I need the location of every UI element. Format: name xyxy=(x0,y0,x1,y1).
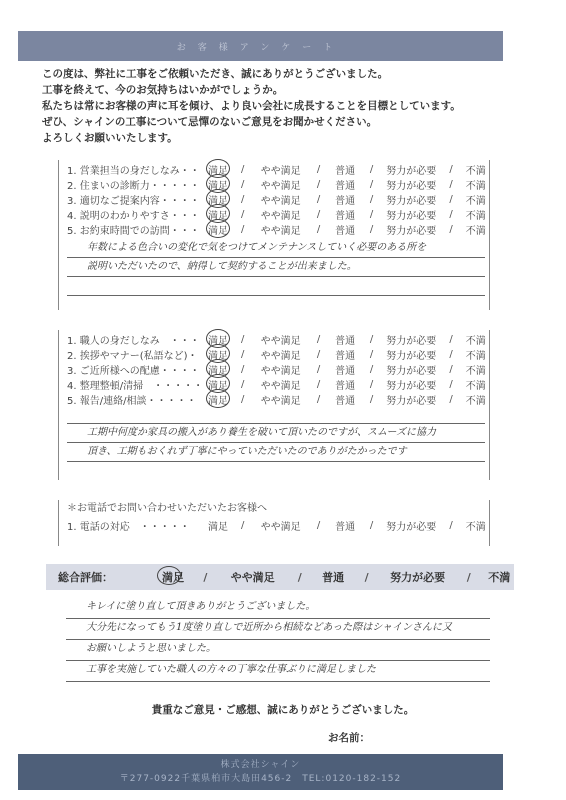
intro-text: この度は、弊社に工事をご依頼いただき、誠にありがとうございました。 工事を終えて… xyxy=(42,66,461,146)
question-label: 5. お約束時間での訪問・・・ xyxy=(67,222,205,237)
option-needs-effort[interactable]: 努力が必要 xyxy=(383,518,440,533)
intro-line: よろしくお願いいたします。 xyxy=(42,130,461,146)
option-dissatisfied[interactable]: 不満 xyxy=(463,377,489,392)
comment-line[interactable]: 大分先になってもう1度塗り直しで近所から相続などあった際はシャインさんに又 xyxy=(66,619,490,640)
option-needs-effort[interactable]: 努力が必要 xyxy=(383,207,440,222)
option-average[interactable]: 普通 xyxy=(330,392,360,407)
question-label: 4. 説明のわかりやすさ・・・ xyxy=(67,207,205,222)
survey-header-bar: お客様アンケート xyxy=(18,31,503,61)
question-label: 4. 整理整頓/清掃 ・・・・・ xyxy=(67,377,205,392)
option-dissatisfied[interactable]: 不満 xyxy=(463,392,489,407)
option-somewhat-satisfied[interactable]: やや満足 xyxy=(221,569,284,585)
option-somewhat-satisfied[interactable]: やや満足 xyxy=(254,332,307,347)
option-somewhat-satisfied[interactable]: やや満足 xyxy=(254,162,307,177)
section-sales: 1. 営業担当の身だしなみ・・ 満足/ やや満足/ 普通/ 努力が必要/ 不満 … xyxy=(58,160,490,310)
option-needs-effort[interactable]: 努力が必要 xyxy=(383,192,440,207)
option-average[interactable]: 普通 xyxy=(330,162,360,177)
intro-line: この度は、弊社に工事をご依頼いただき、誠にありがとうございました。 xyxy=(42,66,461,82)
question-row[interactable]: 1. 職人の身だしなみ ・・・ 満足/ やや満足/ 普通/ 努力が必要/ 不満 xyxy=(67,332,489,347)
option-average[interactable]: 普通 xyxy=(330,347,360,362)
option-dissatisfied[interactable]: 不満 xyxy=(463,518,489,533)
option-needs-effort[interactable]: 努力が必要 xyxy=(383,392,440,407)
question-label: 2. 挨拶やマナー(私語など)・ xyxy=(67,347,205,362)
option-dissatisfied[interactable]: 不満 xyxy=(463,347,489,362)
closing-message: 貴重なご意見・ご感想、誠にありがとうございました。 xyxy=(0,702,566,717)
question-row[interactable]: 1. 営業担当の身だしなみ・・ 満足/ やや満足/ 普通/ 努力が必要/ 不満 xyxy=(67,162,489,177)
intro-line: ぜひ、シャインの工事について忌憚のないご意見をお聞かせください。 xyxy=(42,114,461,130)
intro-line: 工事を終えて、今のお気持ちはいかがでしょうか。 xyxy=(42,82,461,98)
company-name: 株式会社シャイン xyxy=(18,758,503,772)
option-somewhat-satisfied[interactable]: やや満足 xyxy=(254,207,307,222)
option-average[interactable]: 普通 xyxy=(330,518,360,533)
comment-line[interactable]: 年数による色合いの変化で気をつけてメンテナンスしていく必要のある所を xyxy=(67,239,485,258)
option-dissatisfied[interactable]: 不満 xyxy=(485,569,514,585)
comment-line[interactable]: お願いしようと思いました。 xyxy=(66,640,490,661)
question-row[interactable]: 3. 適切なご提案内容・・・・ 満足/ やや満足/ 普通/ 努力が必要/ 不満 xyxy=(67,192,489,207)
question-row[interactable]: 3. ご近所様への配慮・・・・ 満足/ やや満足/ 普通/ 努力が必要/ 不満 xyxy=(67,362,489,377)
option-satisfied[interactable]: 満足 xyxy=(205,518,231,533)
option-somewhat-satisfied[interactable]: やや満足 xyxy=(254,362,307,377)
option-average[interactable]: 普通 xyxy=(330,362,360,377)
survey-title: お客様アンケート xyxy=(177,40,344,53)
option-average[interactable]: 普通 xyxy=(330,377,360,392)
option-dissatisfied[interactable]: 不満 xyxy=(463,192,489,207)
option-needs-effort[interactable]: 努力が必要 xyxy=(383,162,440,177)
question-label: 1. 職人の身だしなみ ・・・ xyxy=(67,332,205,347)
option-dissatisfied[interactable]: 不満 xyxy=(463,207,489,222)
question-label: 3. 適切なご提案内容・・・・ xyxy=(67,192,205,207)
question-label: 1. 営業担当の身だしなみ・・ xyxy=(67,162,205,177)
option-needs-effort[interactable]: 努力が必要 xyxy=(383,177,440,192)
option-dissatisfied[interactable]: 不満 xyxy=(463,162,489,177)
option-dissatisfied[interactable]: 不満 xyxy=(463,177,489,192)
comment-area[interactable]: 工期中何度か家具の搬入があり養生を破いて頂いたのですが、スムーズに協力 頂き、工… xyxy=(67,423,485,462)
question-label: 1. 電話の対応 ・・・・・ xyxy=(67,518,205,533)
question-label: 3. ご近所様への配慮・・・・ xyxy=(67,362,205,377)
option-somewhat-satisfied[interactable]: やや満足 xyxy=(254,392,307,407)
name-field-label: お名前： xyxy=(328,730,370,745)
comment-line[interactable]: キレイに塗り直して頂きありがとうございました。 xyxy=(66,598,490,619)
comment-line[interactable]: 頂き、工期もおくれず丁寧にやっていただいたのでありがたかったです xyxy=(67,443,485,462)
section-craftsmen: 1. 職人の身だしなみ ・・・ 満足/ やや満足/ 普通/ 努力が必要/ 不満 … xyxy=(58,330,490,480)
comment-line[interactable]: 説明いただいたので、納得して契約することが出来ました。 xyxy=(67,258,485,277)
option-needs-effort[interactable]: 努力が必要 xyxy=(383,332,440,347)
option-average[interactable]: 普通 xyxy=(330,207,360,222)
section-phone: ＊お電話でお問い合わせいただいたお客様へ 1. 電話の対応 ・・・・・ 満足/ … xyxy=(58,500,490,546)
overall-rating-bar: 総合評価： 満足/ やや満足/ 普通/ 努力が必要/ 不満 xyxy=(46,564,514,590)
option-needs-effort[interactable]: 努力が必要 xyxy=(383,347,440,362)
option-dissatisfied[interactable]: 不満 xyxy=(463,362,489,377)
option-satisfied[interactable]: 満足 xyxy=(205,222,231,237)
option-somewhat-satisfied[interactable]: やや満足 xyxy=(254,192,307,207)
comment-area[interactable]: 年数による色合いの変化で気をつけてメンテナンスしていく必要のある所を 説明いただ… xyxy=(67,239,485,296)
option-somewhat-satisfied[interactable]: やや満足 xyxy=(254,177,307,192)
overall-comment-area[interactable]: キレイに塗り直して頂きありがとうございました。 大分先になってもう1度塗り直しで… xyxy=(66,598,490,682)
question-row[interactable]: 5. お約束時間での訪問・・・ 満足/ やや満足/ 普通/ 努力が必要/ 不満 xyxy=(67,222,489,237)
option-average[interactable]: 普通 xyxy=(330,192,360,207)
option-somewhat-satisfied[interactable]: やや満足 xyxy=(254,518,307,533)
option-somewhat-satisfied[interactable]: やや満足 xyxy=(254,377,307,392)
comment-line[interactable] xyxy=(67,277,485,296)
option-average[interactable]: 普通 xyxy=(330,222,360,237)
name-field[interactable] xyxy=(380,728,500,744)
option-dissatisfied[interactable]: 不満 xyxy=(463,222,489,237)
company-footer: 株式会社シャイン 〒277-0922千葉県柏市大島田456-2 TEL:0120… xyxy=(18,754,503,790)
option-satisfied[interactable]: 満足 xyxy=(156,569,189,585)
option-needs-effort[interactable]: 努力が必要 xyxy=(383,222,440,237)
question-row[interactable]: 2. 住まいの診断力・・・・・ 満足/ やや満足/ 普通/ 努力が必要/ 不満 xyxy=(67,177,489,192)
option-somewhat-satisfied[interactable]: やや満足 xyxy=(254,347,307,362)
overall-rating-label: 総合評価： xyxy=(46,569,156,585)
question-label: 5. 報告/連絡/相談・・・・・ xyxy=(67,392,205,407)
question-row[interactable]: 4. 説明のわかりやすさ・・・ 満足/ やや満足/ 普通/ 努力が必要/ 不満 xyxy=(67,207,489,222)
option-somewhat-satisfied[interactable]: やや満足 xyxy=(254,222,307,237)
option-average[interactable]: 普通 xyxy=(330,177,360,192)
option-average[interactable]: 普通 xyxy=(315,569,350,585)
question-row[interactable]: 4. 整理整頓/清掃 ・・・・・ 満足/ やや満足/ 普通/ 努力が必要/ 不満 xyxy=(67,377,489,392)
option-average[interactable]: 普通 xyxy=(330,332,360,347)
company-address: 〒277-0922千葉県柏市大島田456-2 TEL:0120-182-152 xyxy=(18,772,503,786)
option-needs-effort[interactable]: 努力が必要 xyxy=(382,569,453,585)
option-needs-effort[interactable]: 努力が必要 xyxy=(383,377,440,392)
comment-line[interactable]: 工事を実施していた職人の方々の丁寧な仕事ぶりに満足しました xyxy=(66,661,490,682)
question-label: 2. 住まいの診断力・・・・・ xyxy=(67,177,205,192)
question-row[interactable]: 5. 報告/連絡/相談・・・・・ 満足/ やや満足/ 普通/ 努力が必要/ 不満 xyxy=(67,392,489,407)
option-satisfied[interactable]: 満足 xyxy=(205,392,231,407)
question-row[interactable]: 2. 挨拶やマナー(私語など)・ 満足/ やや満足/ 普通/ 努力が必要/ 不満 xyxy=(67,347,489,362)
option-needs-effort[interactable]: 努力が必要 xyxy=(383,362,440,377)
comment-line[interactable]: 工期中何度か家具の搬入があり養生を破いて頂いたのですが、スムーズに協力 xyxy=(67,424,485,443)
question-row[interactable]: 1. 電話の対応 ・・・・・ 満足/ やや満足/ 普通/ 努力が必要/ 不満 xyxy=(67,518,489,533)
intro-line: 私たちは常にお客様の声に耳を傾け、より良い会社に成長することを目標としています。 xyxy=(42,98,461,114)
phone-section-heading: ＊お電話でお問い合わせいただいたお客様へ xyxy=(67,500,489,518)
option-dissatisfied[interactable]: 不満 xyxy=(463,332,489,347)
